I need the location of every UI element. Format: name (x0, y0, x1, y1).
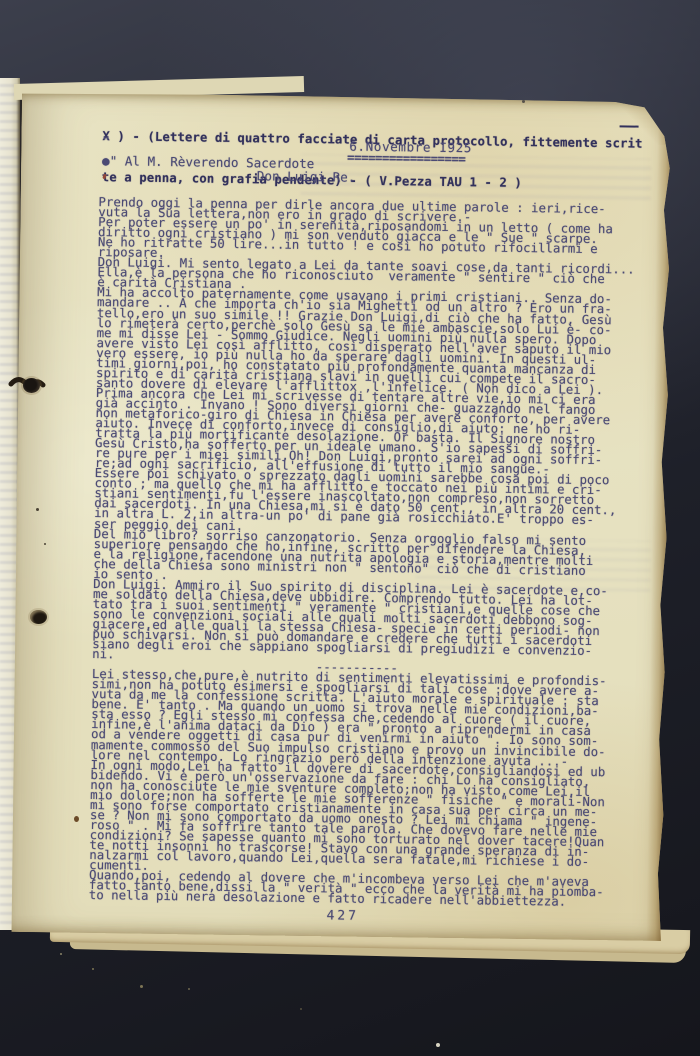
photo-backdrop: X ) - (Lettere di quattro facciate di ca… (0, 0, 700, 1056)
addressee-name: Don Luigi Re. (257, 168, 356, 184)
binding-hole (23, 378, 40, 393)
page-number: 427 (326, 908, 359, 923)
date-underline-rule: ================= (347, 150, 466, 167)
paper-speck (44, 543, 46, 545)
book-page: X ) - (Lettere di quattro facciate di ca… (10, 92, 674, 941)
dust-speck (436, 1043, 440, 1047)
typed-line: to nella più nera desolazione e fatto ri… (89, 890, 626, 908)
dust-speck (522, 100, 525, 103)
paper-speck (36, 508, 39, 511)
dust-speck (60, 953, 62, 955)
paper-stain (74, 816, 79, 822)
dust-speck (140, 985, 143, 988)
stray-quote-mark: " (102, 133, 110, 148)
dust-speck (188, 988, 190, 990)
dust-speck (92, 968, 94, 970)
typed-underline-mark (620, 125, 639, 127)
letter-body: Prendo oggi la penna per dirle ancora du… (89, 197, 636, 908)
fore-edge-shading (646, 101, 674, 941)
dust-speck (300, 1008, 302, 1010)
header-line: te a penna, con grafia pendente) - ( V.P… (102, 171, 642, 192)
binding-hole (30, 610, 47, 624)
